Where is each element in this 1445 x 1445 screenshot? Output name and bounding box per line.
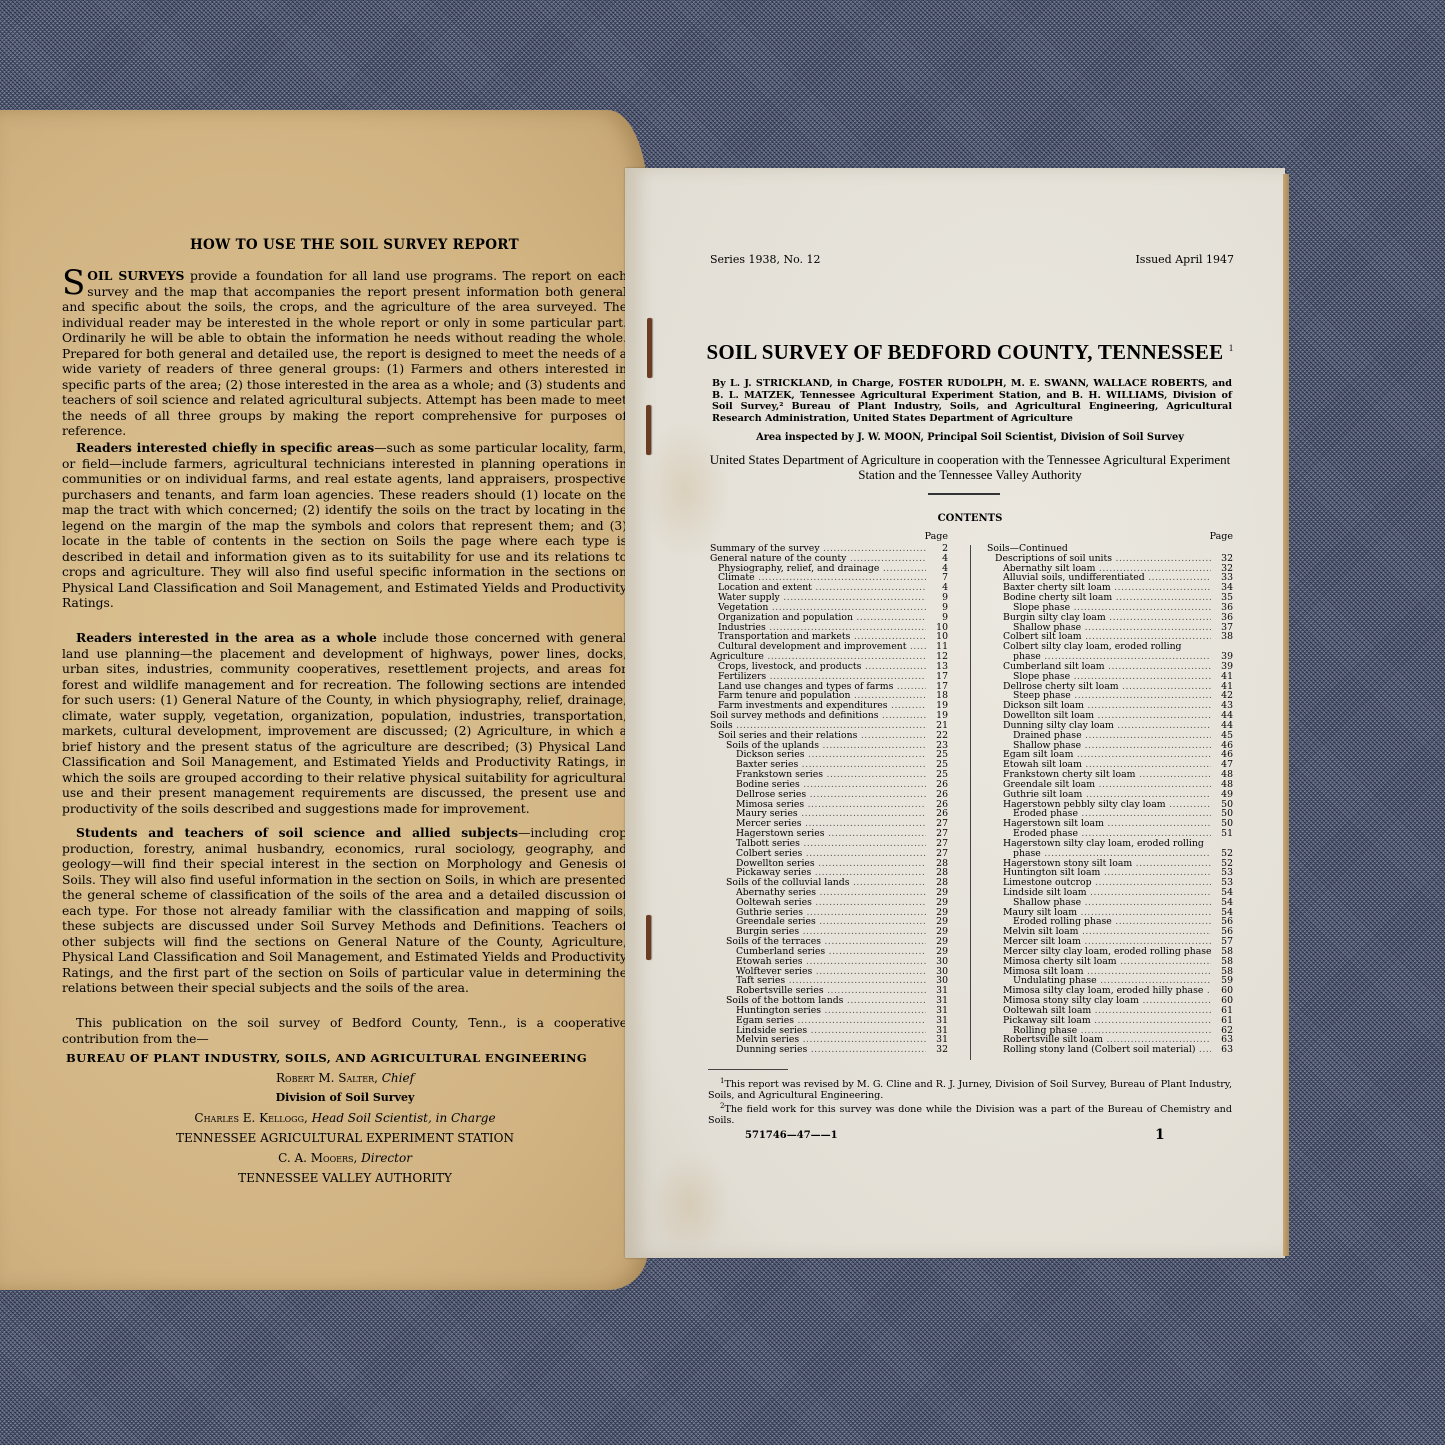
toc-entry-page: 25 — [926, 770, 948, 780]
toc-entry-label: Cultural development and improvement — [710, 642, 926, 652]
para2-lead: Readers interested chiefly in specific a… — [76, 440, 374, 455]
toc-entry-label: Huntington silt loam — [987, 868, 1211, 878]
toc-entry-page: 22 — [926, 731, 948, 741]
toc-entry: Vegetation9 — [710, 603, 948, 613]
toc-entry: Fertilizers17 — [710, 672, 948, 682]
toc-entry-page: 30 — [926, 967, 948, 977]
toc-entry-label: Eroded phase — [987, 809, 1211, 819]
credit-head: Charles E. Kellogg, Head Soil Scientist,… — [60, 1108, 630, 1128]
toc-entry-label: Pickaway series — [710, 868, 926, 878]
toc-entry-label: Dowellton series — [710, 859, 926, 869]
toc-entry: Rolling phase62 — [987, 1026, 1233, 1036]
toc-entry-page: 35 — [1211, 593, 1233, 603]
page-edge — [1283, 174, 1289, 1256]
print-code: 571746—47——1 — [745, 1130, 838, 1141]
toc-entry-page: 29 — [926, 917, 948, 927]
toc-entry-page: 17 — [926, 682, 948, 692]
toc-entry-label: Dickson series — [710, 750, 926, 760]
toc-entry-label: Egam series — [710, 1016, 926, 1026]
toc-entry-page: 29 — [926, 898, 948, 908]
toc-entry: Robertsville series31 — [710, 986, 948, 996]
toc-entry: phase52 — [987, 849, 1233, 859]
toc-entry-label: phase — [987, 652, 1211, 662]
toc-entry-label: Eroded phase — [987, 829, 1211, 839]
toc-entry-page: 29 — [926, 888, 948, 898]
toc-entry: Soils21 — [710, 721, 948, 731]
toc-entry: Colbert silt loam38 — [987, 632, 1233, 642]
toc-entry: Greendale series29 — [710, 917, 948, 927]
toc-entry: Crops, livestock, and products13 — [710, 662, 948, 672]
toc-entry-label: Soil survey methods and definitions — [710, 711, 926, 721]
toc-entry-page — [1211, 544, 1233, 554]
toc-entry-label: Abernathy series — [710, 888, 926, 898]
para5-text: This publication on the soil survey of B… — [62, 1016, 627, 1046]
toc-entry-page: 32 — [1211, 554, 1233, 564]
toc-entry-page: 30 — [926, 976, 948, 986]
toc-entry: Cultural development and improvement11 — [710, 642, 948, 652]
toc-entry-page: 27 — [926, 839, 948, 849]
toc-entry-label: Mercer series — [710, 819, 926, 829]
toc-entry-label: Descriptions of soil units — [987, 554, 1211, 564]
toc-entry-page: 4 — [926, 583, 948, 593]
toc-entry-page: 41 — [1211, 682, 1233, 692]
toc-entry-page: 27 — [926, 829, 948, 839]
toc-entry-page: 10 — [926, 623, 948, 633]
toc-entry: Talbott series27 — [710, 839, 948, 849]
toc-entry-page: 63 — [1211, 1035, 1233, 1045]
intro-lead: OIL SURVEYS — [87, 268, 184, 283]
toc-entry-page: 54 — [1211, 908, 1233, 918]
toc-entry-label: Hagerstown silty clay loam, eroded rolli… — [987, 839, 1211, 849]
toc-entry-label: Fertilizers — [710, 672, 926, 682]
para2-text: —such as some particular locality, farm,… — [62, 441, 627, 610]
toc-entry-page: 26 — [926, 809, 948, 819]
toc-entry: Etowah silt loam47 — [987, 760, 1233, 770]
toc-entry-page: 57 — [1211, 937, 1233, 947]
toc-entry-page: 52 — [1211, 859, 1233, 869]
toc-entry-page: 59 — [1211, 976, 1233, 986]
toc-entry: Mimosa stony silty clay loam60 — [987, 996, 1233, 1006]
toc-entry: Soils of the uplands23 — [710, 741, 948, 751]
toc-entry-page: 11 — [926, 642, 948, 652]
para4-lead: Students and teachers of soil science an… — [76, 825, 518, 840]
toc-entry: Soils—Continued — [987, 544, 1233, 554]
drop-cap: S — [62, 269, 85, 297]
toc-entry-label: Soils — [710, 721, 926, 731]
toc-entry-page: 46 — [1211, 741, 1233, 751]
toc-entry-page: 61 — [1211, 1006, 1233, 1016]
toc-entry: Dowellton silt loam44 — [987, 711, 1233, 721]
toc-entry-page: 27 — [926, 849, 948, 859]
toc-entry: Guthrie silt loam49 — [987, 790, 1233, 800]
toc-entry-page: 9 — [926, 603, 948, 613]
toc-entry-label: Mimosa cherty silt loam — [987, 957, 1211, 967]
toc-entry-label: Ooltewah silt loam — [987, 1006, 1211, 1016]
staple — [647, 318, 652, 378]
toc-entry: Guthrie series29 — [710, 908, 948, 918]
toc-entry-label: Etowah series — [710, 957, 926, 967]
toc-entry-label: Hagerstown stony silt loam — [987, 859, 1211, 869]
toc-entry-page: 25 — [926, 750, 948, 760]
toc-entry-label: Dunning series — [710, 1045, 926, 1055]
toc-entry-page: 29 — [926, 908, 948, 918]
contents-heading: CONTENTS — [700, 513, 1240, 524]
water-stain — [650, 1150, 730, 1260]
toc-entry: Eroded phase51 — [987, 829, 1233, 839]
toc-entry-label: Dellrose cherty silt loam — [987, 682, 1211, 692]
toc-entry-label: Mercer silty clay loam, eroded rolling p… — [987, 947, 1211, 957]
toc-entry: Farm tenure and population18 — [710, 691, 948, 701]
toc-entry-page: 49 — [1211, 790, 1233, 800]
toc-entry: Mercer silty clay loam, eroded rolling p… — [987, 947, 1233, 957]
credit-division: Division of Soil Survey — [60, 1088, 630, 1108]
intro-paragraph: SOIL SURVEYS provide a foundation for al… — [62, 268, 627, 440]
toc-entry-label: Colbert series — [710, 849, 926, 859]
toc-entry-page: 45 — [1211, 731, 1233, 741]
toc-column-divider — [970, 545, 971, 1060]
page-number: 1 — [1155, 1127, 1165, 1143]
toc-entry-label: Rolling stony land (Colbert soil materia… — [987, 1045, 1211, 1055]
toc-entry: Drained phase45 — [987, 731, 1233, 741]
toc-entry-label: Vegetation — [710, 603, 926, 613]
credit-chief: Robert M. Salter, Chief — [60, 1068, 630, 1088]
toc-entry-page: 48 — [1211, 770, 1233, 780]
toc-entry-label: Lindside silt loam — [987, 888, 1211, 898]
toc-entry-label: Melvin series — [710, 1035, 926, 1045]
toc-entry: Agriculture12 — [710, 652, 948, 662]
toc-entry-label: Cumberland silt loam — [987, 662, 1211, 672]
toc-entry-page: 58 — [1211, 957, 1233, 967]
toc-entry-label: Drained phase — [987, 731, 1211, 741]
toc-entry-page: 53 — [1211, 878, 1233, 888]
toc-entry: Bodine cherty silt loam35 — [987, 593, 1233, 603]
toc-entry: Soils of the colluvial lands28 — [710, 878, 948, 888]
toc-entry-page: 47 — [1211, 760, 1233, 770]
toc-entry: Soil series and their relations22 — [710, 731, 948, 741]
toc-entry-label: Agriculture — [710, 652, 926, 662]
toc-entry-label: Dunning silty clay loam — [987, 721, 1211, 731]
toc-entry-page: 17 — [926, 672, 948, 682]
toc-entry-page: 52 — [1211, 849, 1233, 859]
staple — [646, 405, 651, 455]
toc-entry: Shallow phase54 — [987, 898, 1233, 908]
toc-left-column: Page Summary of the survey2General natur… — [710, 532, 948, 1055]
para3-text: include those concerned with general lan… — [62, 631, 627, 816]
toc-entry: Huntington silt loam53 — [987, 868, 1233, 878]
toc-entry-label: Dickson silt loam — [987, 701, 1211, 711]
toc-entry-page: 9 — [926, 613, 948, 623]
toc-entry-page: 60 — [1211, 996, 1233, 1006]
toc-entry-page: 58 — [1211, 947, 1233, 957]
toc-entry: Eroded phase50 — [987, 809, 1233, 819]
toc-entry: Lindside silt loam54 — [987, 888, 1233, 898]
toc-entry: phase39 — [987, 652, 1233, 662]
toc-entry-label: Shallow phase — [987, 741, 1211, 751]
credit-bureau: BUREAU OF PLANT INDUSTRY, SOILS, AND AGR… — [60, 1048, 630, 1068]
toc-entry: Dickson silt loam43 — [987, 701, 1233, 711]
toc-entry-label: Land use changes and types of farms — [710, 682, 926, 692]
toc-entry-label: Mercer silt loam — [987, 937, 1211, 947]
toc-entry-page: 60 — [1211, 986, 1233, 996]
toc-entry: Lindside series31 — [710, 1026, 948, 1036]
toc-entry: Hagerstown stony silt loam52 — [987, 859, 1233, 869]
toc-entry: Soil survey methods and definitions19 — [710, 711, 948, 721]
toc-entry: Location and extent4 — [710, 583, 948, 593]
toc-entry-label: Frankstown cherty silt loam — [987, 770, 1211, 780]
toc-entry: Descriptions of soil units32 — [987, 554, 1233, 564]
toc-entry-page: 26 — [926, 800, 948, 810]
toc-entry: Abernathy silt loam32 — [987, 564, 1233, 574]
toc-entry-page: 50 — [1211, 809, 1233, 819]
staple — [646, 915, 651, 960]
area-inspected: Area inspected by J. W. MOON, Principal … — [700, 432, 1240, 443]
toc-entry-page — [1211, 642, 1233, 652]
cooperation-statement: United States Department of Agriculture … — [700, 452, 1240, 482]
toc-entry-page: 21 — [926, 721, 948, 731]
toc-entry-page: 62 — [1211, 1026, 1233, 1036]
toc-entry-page: 30 — [926, 957, 948, 967]
toc-entry: Shallow phase46 — [987, 741, 1233, 751]
toc-entry-page: 4 — [926, 554, 948, 564]
toc-entry: Mimosa cherty silt loam58 — [987, 957, 1233, 967]
issued-date: Issued April 1947 — [1135, 253, 1234, 266]
paragraph-publication: This publication on the soil survey of B… — [62, 1016, 627, 1047]
toc-entry-label: Industries — [710, 623, 926, 633]
toc-entry: Taft series30 — [710, 976, 948, 986]
toc-entry-label: General nature of the county — [710, 554, 926, 564]
toc-entry-page: 31 — [926, 1016, 948, 1026]
toc-entry-page: 54 — [1211, 898, 1233, 908]
toc-entry-label: Crops, livestock, and products — [710, 662, 926, 672]
toc-entry-page: 61 — [1211, 1016, 1233, 1026]
toc-entry-page: 53 — [1211, 868, 1233, 878]
toc-entry-page: 27 — [926, 819, 948, 829]
toc-entry: Colbert series27 — [710, 849, 948, 859]
toc-entry: Melvin silt loam56 — [987, 927, 1233, 937]
toc-entry-label: Undulating phase — [987, 976, 1211, 986]
toc-entry-label: Maury series — [710, 809, 926, 819]
toc-entry-label: Huntington series — [710, 1006, 926, 1016]
toc-entry-label: Soils of the colluvial lands — [710, 878, 926, 888]
toc-entry: Mimosa silty clay loam, eroded hilly pha… — [987, 986, 1233, 996]
toc-entry-label: Physiography, relief, and drainage — [710, 564, 926, 574]
footnote-2: 2The field work for this survey was done… — [708, 1101, 1232, 1126]
toc-entry: Frankstown series25 — [710, 770, 948, 780]
toc-entry: Dunning silty clay loam44 — [987, 721, 1233, 731]
toc-entry: Shallow phase37 — [987, 623, 1233, 633]
toc-entry-label: Soil series and their relations — [710, 731, 926, 741]
toc-entry-page: 39 — [1211, 662, 1233, 672]
toc-entry-label: Mimosa series — [710, 800, 926, 810]
toc-entry: Maury series26 — [710, 809, 948, 819]
toc-entry-page: 23 — [926, 741, 948, 751]
paragraph-area-whole: Readers interested in the area as a whol… — [62, 630, 627, 817]
toc-entry: Soils of the bottom lands31 — [710, 996, 948, 1006]
toc-entry-label: Organization and population — [710, 613, 926, 623]
toc-entry-label: Water supply — [710, 593, 926, 603]
toc-entry-page: 44 — [1211, 711, 1233, 721]
toc-entry-label: Etowah silt loam — [987, 760, 1211, 770]
toc-entry-page: 46 — [1211, 750, 1233, 760]
toc-entry-label: Steep phase — [987, 691, 1211, 701]
toc-entry-page: 26 — [926, 780, 948, 790]
toc-entry: Cumberland silt loam39 — [987, 662, 1233, 672]
series-header: Series 1938, No. 12 Issued April 1947 — [710, 253, 1234, 266]
toc-entry-page: 19 — [926, 701, 948, 711]
toc-entry: Hagerstown series27 — [710, 829, 948, 839]
toc-entry-page: 2 — [926, 544, 948, 554]
toc-entry-page: 12 — [926, 652, 948, 662]
toc-entry: Alluvial soils, undifferentiated33 — [987, 573, 1233, 583]
toc-entry-page: 28 — [926, 859, 948, 869]
toc-entry-page: 58 — [1211, 967, 1233, 977]
toc-entry: Bodine series26 — [710, 780, 948, 790]
report-title: SOIL SURVEY OF BEDFORD COUNTY, TENNESSEE… — [700, 340, 1240, 365]
toc-entry-page: 13 — [926, 662, 948, 672]
toc-entry-label: Location and extent — [710, 583, 926, 593]
toc-entry-label: Hagerstown silt loam — [987, 819, 1211, 829]
toc-entry-label: Abernathy silt loam — [987, 564, 1211, 574]
toc-entry-label: Pickaway silt loam — [987, 1016, 1211, 1026]
toc-entry-label: Robertsville silt loam — [987, 1035, 1211, 1045]
toc-entry-page: 9 — [926, 593, 948, 603]
intro-text: provide a foundation for all land use pr… — [62, 269, 627, 438]
toc-entry-page: 50 — [1211, 819, 1233, 829]
toc-entry: Mimosa series26 — [710, 800, 948, 810]
toc-entry-page: 56 — [1211, 927, 1233, 937]
toc-entry-label: Soils of the uplands — [710, 741, 926, 751]
toc-entry: Mimosa silt loam58 — [987, 967, 1233, 977]
toc-entry: Steep phase42 — [987, 691, 1233, 701]
toc-entry-label: Dellrose series — [710, 790, 926, 800]
toc-entry: Mercer series27 — [710, 819, 948, 829]
toc-entry-page: 29 — [926, 927, 948, 937]
toc-entry-page: 42 — [1211, 691, 1233, 701]
toc-entry: Physiography, relief, and drainage4 — [710, 564, 948, 574]
toc-entry-page: 31 — [926, 1006, 948, 1016]
toc-page-header: Page — [987, 532, 1233, 544]
toc-entry-label: Ooltewah series — [710, 898, 926, 908]
toc-entry-page: 37 — [1211, 623, 1233, 633]
toc-entry-label: Rolling phase — [987, 1026, 1211, 1036]
toc-entry-label: Burgin silty clay loam — [987, 613, 1211, 623]
toc-entry-page: 63 — [1211, 1045, 1233, 1055]
toc-entry-label: Cumberland series — [710, 947, 926, 957]
toc-entry-page — [1211, 839, 1233, 849]
toc-entry: Pickaway silt loam61 — [987, 1016, 1233, 1026]
toc-entry-label: Guthrie silt loam — [987, 790, 1211, 800]
toc-entry-label: Mimosa stony silty clay loam — [987, 996, 1211, 1006]
para3-lead: Readers interested in the area as a whol… — [76, 630, 377, 645]
toc-entry-page: 36 — [1211, 603, 1233, 613]
toc-entry-label: Farm tenure and population — [710, 691, 926, 701]
toc-entry-page: 41 — [1211, 672, 1233, 682]
credits-block: BUREAU OF PLANT INDUSTRY, SOILS, AND AGR… — [60, 1048, 630, 1188]
toc-entry-label: Bodine cherty silt loam — [987, 593, 1211, 603]
toc-entry-page: 31 — [926, 996, 948, 1006]
toc-entry-label: Taft series — [710, 976, 926, 986]
toc-entry-page: 28 — [926, 878, 948, 888]
toc-entry-label: Wolftever series — [710, 967, 926, 977]
toc-entry-label: Limestone outcrop — [987, 878, 1211, 888]
toc-entry-label: Greendale silt loam — [987, 780, 1211, 790]
toc-entry: Cumberland series29 — [710, 947, 948, 957]
toc-entry-label: Melvin silt loam — [987, 927, 1211, 937]
toc-entry: Melvin series31 — [710, 1035, 948, 1045]
toc-entry: Dellrose cherty silt loam41 — [987, 682, 1233, 692]
toc-entry-label: phase — [987, 849, 1211, 859]
toc-entry-page: 32 — [926, 1045, 948, 1055]
toc-entry-page: 32 — [1211, 564, 1233, 574]
toc-entry-page: 44 — [1211, 721, 1233, 731]
toc-entry-page: 28 — [926, 868, 948, 878]
toc-entry-label: Robertsville series — [710, 986, 926, 996]
toc-entry-page: 43 — [1211, 701, 1233, 711]
toc-entry-page: 4 — [926, 564, 948, 574]
toc-entry: Summary of the survey2 — [710, 544, 948, 554]
toc-entry: Dickson series25 — [710, 750, 948, 760]
paragraph-specific-areas: Readers interested chiefly in specific a… — [62, 440, 627, 612]
toc-entry-label: Mimosa silt loam — [987, 967, 1211, 977]
divider-rule — [928, 493, 1000, 495]
toc-entry: Undulating phase59 — [987, 976, 1233, 986]
toc-entry-page: 56 — [1211, 917, 1233, 927]
para4-text: —including crop production, forestry, an… — [62, 826, 627, 995]
toc-entry: Baxter cherty silt loam34 — [987, 583, 1233, 593]
toc-entry: Robertsville silt loam63 — [987, 1035, 1233, 1045]
toc-entry-page: 29 — [926, 947, 948, 957]
toc-entry: Frankstown cherty silt loam48 — [987, 770, 1233, 780]
left-page-title: HOW TO USE THE SOIL SURVEY REPORT — [190, 237, 519, 253]
credit-tva: TENNESSEE VALLEY AUTHORITY — [60, 1168, 630, 1188]
toc-entry: Limestone outcrop53 — [987, 878, 1233, 888]
toc-entry-page: 38 — [1211, 632, 1233, 642]
toc-entry: Slope phase41 — [987, 672, 1233, 682]
toc-entry-page: 7 — [926, 573, 948, 583]
toc-entry: Rolling stony land (Colbert soil materia… — [987, 1045, 1233, 1055]
footnote-1: 1This report was revised by M. G. Cline … — [708, 1076, 1232, 1101]
toc-entry-label: Greendale series — [710, 917, 926, 927]
toc-entry: Land use changes and types of farms17 — [710, 682, 948, 692]
toc-entry-label: Dowellton silt loam — [987, 711, 1211, 721]
authors: By L. J. STRICKLAND, in Charge, FOSTER R… — [712, 378, 1232, 424]
toc-entry: Transportation and markets10 — [710, 632, 948, 642]
toc-entry-label: Slope phase — [987, 603, 1211, 613]
toc-entry-label: Maury silt loam — [987, 908, 1211, 918]
toc-entry-label: Frankstown series — [710, 770, 926, 780]
toc-entry-label: Alluvial soils, undifferentiated — [987, 573, 1211, 583]
toc-entry: Egam series31 — [710, 1016, 948, 1026]
footnotes: 1This report was revised by M. G. Cline … — [708, 1076, 1232, 1126]
toc-entry-page: 18 — [926, 691, 948, 701]
toc-entry-page: 36 — [1211, 613, 1233, 623]
toc-entry-label: Colbert silty clay loam, eroded rolling — [987, 642, 1211, 652]
toc-entry-page: 19 — [926, 711, 948, 721]
series-label: Series 1938, No. 12 — [710, 253, 821, 266]
toc-entry-page: 25 — [926, 760, 948, 770]
toc-entry-label: Soils of the bottom lands — [710, 996, 926, 1006]
toc-entry: Mercer silt loam57 — [987, 937, 1233, 947]
toc-entry: Water supply9 — [710, 593, 948, 603]
toc-entry: Ooltewah series29 — [710, 898, 948, 908]
toc-entry-label: Slope phase — [987, 672, 1211, 682]
toc-entry-page: 50 — [1211, 800, 1233, 810]
toc-entry: Wolftever series30 — [710, 967, 948, 977]
toc-entry-label: Baxter series — [710, 760, 926, 770]
toc-entry-page: 48 — [1211, 780, 1233, 790]
toc-entry: Huntington series31 — [710, 1006, 948, 1016]
toc-entry: Soils of the terraces29 — [710, 937, 948, 947]
